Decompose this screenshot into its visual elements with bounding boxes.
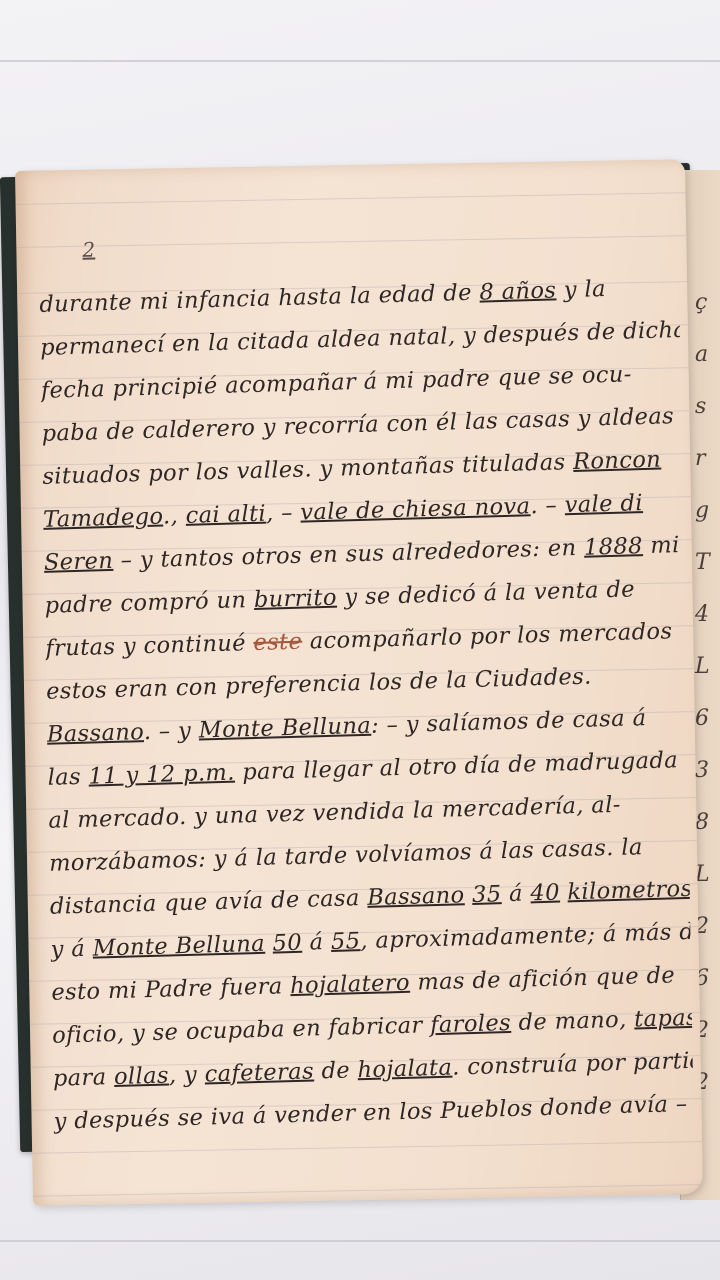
text-span: mi: [642, 532, 680, 559]
text-span: durante mi infancia hasta la edad de: [39, 280, 480, 318]
underlined-word: cafeteras: [204, 1058, 314, 1087]
underlined-word: 40: [530, 880, 560, 907]
underlined-word: 1888: [584, 533, 644, 561]
text-span: las: [47, 764, 89, 791]
text-span: para: [53, 1064, 115, 1092]
underlined-word: Seren: [44, 548, 114, 576]
text-span: y á: [50, 936, 93, 963]
underlined-word: 55: [331, 928, 361, 955]
text-span: á: [501, 880, 531, 907]
text-span: para llegar al otro día de madrugada: [234, 747, 678, 785]
text-span: fecha principié acompañar á mi padre que…: [41, 361, 633, 403]
text-span: , y: [169, 1062, 205, 1089]
margin-fragment: L: [695, 654, 710, 679]
margin-fragment: 8: [695, 810, 709, 835]
margin-fragment: s: [695, 394, 706, 419]
text-span: mas de afición que de: [410, 962, 676, 995]
underlined-word: 8 años: [479, 277, 557, 305]
underlined-word: vale di: [564, 490, 643, 518]
text-span: y la: [556, 276, 606, 303]
underlined-word: Roncon: [573, 447, 662, 475]
handwritten-text: durante mi infancia hasta la edad de 8 a…: [39, 269, 694, 1140]
underlined-word: cai alti: [185, 501, 266, 529]
underlined-word: hojalata: [357, 1055, 452, 1084]
underlined-word: kilometros: [567, 876, 690, 905]
text-span: . –: [530, 492, 565, 519]
text-span: . – y: [143, 718, 199, 746]
underlined-word: 35: [472, 881, 502, 908]
text-span: de: [314, 1057, 358, 1084]
margin-fragment: g: [695, 498, 709, 523]
text-span: oficio, y se ocupaba en fabricar: [52, 1012, 431, 1049]
underlined-word: Monte Belluna: [92, 931, 265, 962]
text-span: , aproximadamente; á más de: [360, 918, 691, 954]
text-span: á: [302, 929, 332, 956]
underlined-word: burrito: [254, 585, 338, 613]
text-span: , –: [266, 500, 301, 527]
margin-fragment: 4: [695, 602, 709, 627]
text-span: acompañarlo por los mercados: [302, 618, 673, 654]
text-span: de mano,: [511, 1007, 635, 1036]
text-span: y se dedicó á la venta de: [336, 576, 635, 610]
underlined-word: vale de chiesa nova: [300, 493, 531, 525]
cloth-fold: [0, 60, 720, 62]
text-span: esto mi Padre fuera: [51, 973, 291, 1006]
underlined-word: Bassano: [367, 882, 465, 911]
underlined-word: Monte Belluna: [198, 713, 371, 744]
text-span: estos eran con preferencia los de la Ciu…: [46, 664, 592, 705]
text-span: morzábamos: y á la tarde volvíamos á las…: [49, 834, 643, 877]
underlined-word: 11 y 12 p.m.: [88, 760, 235, 790]
underlined-word: hojalatero: [290, 970, 410, 999]
text-span: frutas y continué: [45, 630, 254, 662]
margin-fragment: r: [695, 446, 706, 471]
underlined-word: tapas: [634, 1005, 693, 1033]
text-span: situados por los valles. y montañas titu…: [42, 449, 573, 490]
underlined-word: Tamadego: [43, 503, 164, 532]
struck-word: este: [253, 629, 303, 656]
margin-fragment: 3: [695, 758, 709, 783]
underlined-word: faroles: [430, 1010, 512, 1038]
notebook-page: 2 durante mi infancia hasta la edad de 8…: [15, 159, 703, 1206]
text-span: .,: [163, 503, 186, 530]
underlined-word: Bassano: [47, 719, 145, 748]
text-span: y después se iva á vender en los Pueblos…: [53, 1091, 688, 1135]
text-span: : – y salíamos de casa á: [371, 705, 647, 739]
margin-fragment: ç: [695, 290, 707, 315]
underlined-word: 50: [272, 930, 302, 957]
cloth-fold: [0, 1240, 720, 1242]
margin-fragment: a: [695, 342, 708, 367]
text-span: al mercado. y una vez vendida la mercade…: [48, 792, 621, 834]
margin-fragment: 6: [695, 706, 709, 731]
text-span: . construía por partidas: [452, 1047, 693, 1081]
underlined-word: ollas: [114, 1063, 170, 1091]
text-span: distancia que avía de casa: [50, 885, 368, 920]
page-number: 2: [82, 238, 95, 262]
margin-fragment: T: [695, 550, 710, 575]
text-span: – y tantos otros en sus alrededores: en: [113, 535, 585, 574]
text-span: padre compró un: [44, 587, 254, 619]
